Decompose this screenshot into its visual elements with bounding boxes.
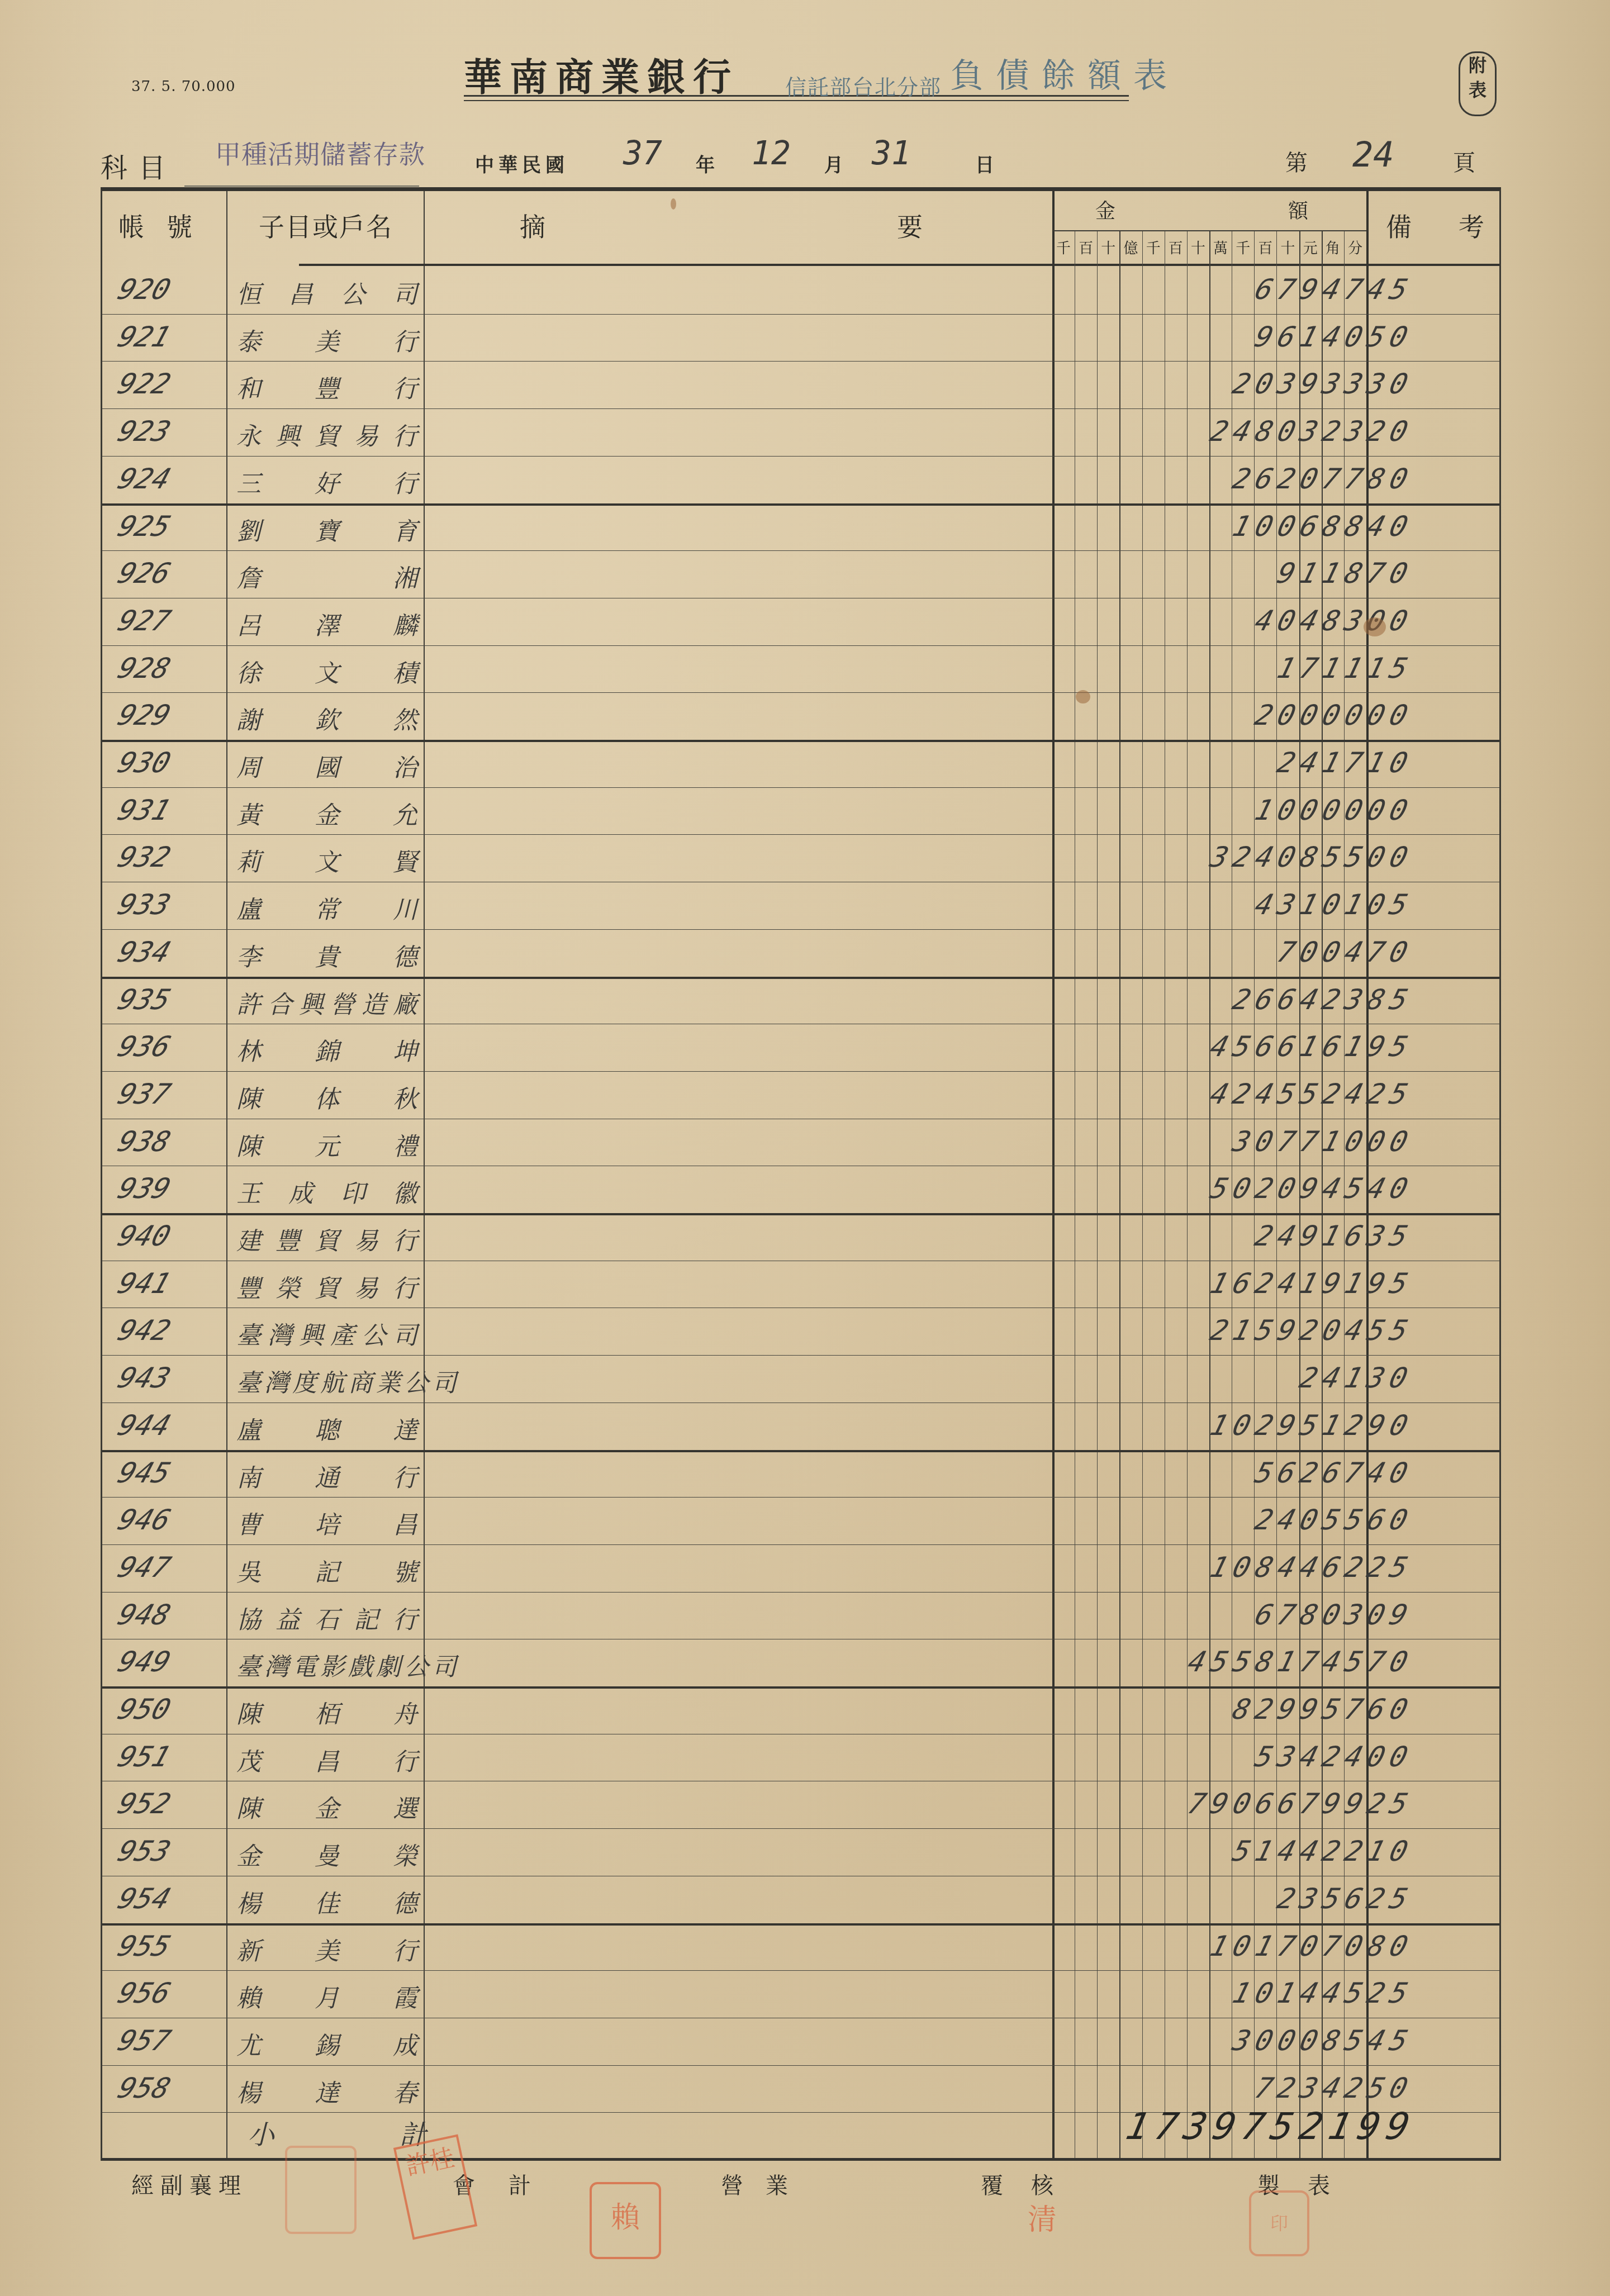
page-suffix: 頁 [1453,145,1475,177]
account-holder-name: 陳体秋 [236,1079,421,1115]
name-char: 司 [393,274,421,310]
date-day-unit: 日 [975,150,994,177]
name-char: 行 [393,1268,421,1304]
name-char: 楊 [236,2073,264,2109]
name-char: 榮 [393,1836,421,1872]
balance-amount: 26642385 [1229,983,1417,1016]
seal-manager [285,2146,357,2234]
name-char: 澤 [315,606,343,641]
row-line [102,1876,1499,1876]
name-char: 王 [236,1173,264,1209]
digit-header: 千 [1142,237,1165,258]
name-char: 公 [404,1647,432,1682]
row-line [102,1639,1499,1639]
balance-amount: 1000000 [1252,794,1417,826]
department-stamp: 信託部台北分部 [785,70,942,101]
balance-amount: 171115 [1274,652,1417,684]
balance-amount: 241710 [1274,747,1417,779]
name-char: 易 [354,1268,382,1304]
name-char: 行 [393,322,421,358]
balance-amount: 5626740 [1252,1457,1417,1489]
row-line [102,1497,1499,1498]
account-holder-name: 吳記號 [236,1552,421,1588]
row-line [102,456,1499,457]
account-number: 944 [114,1409,175,1442]
row-line [102,1403,1499,1403]
name-char: 行 [393,369,421,405]
name-char: 行 [393,1221,421,1257]
digit-header: 千 [1052,237,1075,258]
digit-header: 元 [1299,237,1322,258]
row-line [102,1119,1499,1119]
name-char: 造 [362,985,390,1020]
account-holder-name: 陳栢舟 [236,1694,421,1730]
name-char: 易 [354,416,382,452]
col-divider [1052,191,1055,2158]
name-char: 業 [376,1363,404,1399]
account-holder-name: 楊佳德 [236,1884,421,1919]
account-holder-name: 莉文賢 [236,842,421,878]
name-char: 司 [432,1647,460,1682]
account-holder-name: 謝欽然 [236,700,421,736]
balance-amount: 424552425 [1207,1078,1417,1110]
balance-amount: 4310105 [1252,888,1417,921]
header-summary-left: 摘 [516,207,549,244]
name-char: 行 [393,416,421,452]
account-number: 951 [114,1741,175,1773]
account-number: 920 [114,273,175,306]
page-number: 24 [1352,134,1394,175]
account-number: 953 [114,1835,175,1867]
balance-amount: 26207780 [1229,463,1417,495]
row-line [102,1213,1499,1215]
name-char: 佳 [315,1884,343,1919]
col-divider [226,191,227,2158]
name-char: 昌 [315,1742,343,1777]
balance-amount: 215920455 [1207,1314,1417,1347]
balance-amount: 700470 [1274,936,1417,968]
name-char: 許 [236,985,264,1020]
header-remarks-left: 備 [1382,207,1416,244]
name-char: 賴 [236,1978,264,2014]
account-holder-name: 茂昌行 [236,1742,421,1777]
name-char: 積 [393,653,421,689]
account-holder-name: 泰美行 [236,322,421,358]
name-char: 臺 [236,1363,264,1399]
name-char: 興 [276,416,303,452]
name-char: 錫 [315,2026,343,2061]
name-char: 金 [315,1789,343,1824]
balance-amount: 6794745 [1252,273,1417,306]
header-summary-right: 要 [893,207,927,244]
account-number: 950 [114,1693,175,1725]
row-line [102,929,1499,930]
header-amount-left: 金 [1091,196,1119,224]
name-char: 成 [288,1173,316,1209]
name-char: 合 [268,985,296,1020]
paper-stain [1076,690,1090,703]
name-char: 金 [236,1836,264,1872]
name-char: 美 [315,1931,343,1967]
subtotal-amount: 1739752199 [1122,2105,1420,2148]
account-holder-name: 新美行 [236,1931,421,1967]
seal-preparer: 印 [1249,2190,1309,2256]
row-line [102,1923,1499,1926]
balance-amount: 4558174570 [1184,1646,1417,1678]
name-char: 臺 [236,1315,264,1351]
digit-divider [1075,231,1075,2158]
name-char: 培 [315,1505,343,1541]
name-char: 霞 [393,1978,421,2014]
balance-amount: 248032320 [1207,415,1417,448]
name-char: 謝 [236,700,264,736]
digit-header: 百 [1254,237,1276,258]
name-char: 建 [236,1221,264,1257]
name-char: 廠 [393,985,421,1020]
account-number: 924 [114,463,175,495]
header-amount-right: 額 [1284,196,1312,224]
name-char: 盧 [236,1410,264,1446]
name-char: 行 [393,1742,421,1777]
balance-amount: 2000000 [1252,699,1417,731]
name-char: 楊 [236,1884,264,1919]
name-char: 國 [315,748,343,783]
account-holder-name: 賴月霞 [236,1978,421,2014]
name-char: 曼 [315,1836,343,1872]
name-char: 陳 [236,1789,264,1824]
row-line [102,1592,1499,1593]
balance-amount: 2491635 [1252,1220,1417,1252]
row-line [102,1970,1499,1971]
account-holder-name: 陳元禮 [236,1126,421,1162]
balance-amount: 456616195 [1207,1030,1417,1063]
ledger-table: 帳號 子目或戶名 摘 要 金 額 備 考 千百十億千百十萬千百十元角分 920恒… [101,187,1501,2161]
date-year-unit: 年 [696,150,715,177]
balance-amount: 6780309 [1252,1599,1417,1631]
account-number: 943 [114,1362,175,1394]
account-number: 942 [114,1314,175,1347]
account-holder-name: 三好行 [236,464,421,500]
row-line [102,1781,1499,1781]
name-char: 和 [236,369,264,405]
name-char: 豐 [236,1268,264,1304]
name-char: 興 [299,985,327,1020]
name-char: 產 [330,1315,358,1351]
name-char: 公 [341,274,369,310]
account-holder-name: 徐文積 [236,653,421,689]
balance-amount: 20393330 [1229,368,1417,400]
header-remarks-right: 考 [1455,207,1488,244]
name-char: 南 [236,1458,264,1494]
balance-amount: 9614050 [1252,321,1417,353]
name-char: 貿 [315,1221,343,1257]
name-char: 行 [393,1458,421,1494]
balance-amount: 51442210 [1229,1835,1417,1867]
row-line [102,503,1499,506]
digit-divider [1165,231,1165,2158]
name-char: 記 [354,1600,382,1636]
name-char: 坤 [393,1031,421,1067]
name-char: 度 [292,1363,320,1399]
account-holder-name: 李貴德 [236,937,421,973]
row-line [102,1686,1499,1689]
name-char: 陳 [236,1694,264,1730]
account-holder-name: 臺灣興產公司 [236,1315,421,1351]
name-char: 昌 [393,1505,421,1541]
row-line [102,550,1499,551]
account-holder-name: 協益石記行 [236,1600,421,1636]
name-char: 成 [393,2026,421,2061]
row-line [102,2018,1499,2018]
name-char: 公 [404,1363,432,1399]
account-holder-name: 南通行 [236,1458,421,1494]
account-number: 937 [114,1078,175,1110]
signature-business: 營業 [721,2168,810,2200]
account-number: 928 [114,652,175,684]
date-month-unit: 月 [824,150,843,177]
balance-amount: 101707080 [1207,1930,1417,1962]
digit-header: 萬 [1209,237,1232,258]
digit-header: 分 [1344,237,1366,258]
name-char: 陳 [236,1079,264,1115]
account-number: 922 [114,368,175,400]
row-line [102,2065,1499,2066]
name-char: 然 [393,700,421,736]
name-char: 尤 [236,2026,264,2061]
name-char: 公 [362,1315,390,1351]
balance-amount: 2405560 [1252,1504,1417,1536]
account-holder-name: 金曼榮 [236,1836,421,1872]
digit-header: 十 [1187,237,1209,258]
appendix-mark: 附表 [1459,51,1497,116]
row-line [102,1355,1499,1356]
row-line [102,834,1499,835]
subject-value: 甲種活期儲蓄存款 [215,134,425,171]
account-holder-name: 豐榮貿易行 [236,1268,421,1304]
name-char: 盧 [236,890,264,925]
name-char: 禮 [393,1126,421,1162]
balance-amount: 102951290 [1207,1409,1417,1442]
name-char: 協 [236,1600,264,1636]
row-line [102,1828,1499,1829]
account-holder-name: 盧聰達 [236,1410,421,1446]
name-char: 商 [348,1363,376,1399]
name-char: 育 [393,511,421,547]
account-holder-name: 林錦坤 [236,1031,421,1067]
account-holder-name: 盧常川 [236,890,421,925]
header-name: 子目或戶名 [228,207,424,244]
account-number: 952 [114,1788,175,1820]
name-char: 劉 [236,511,264,547]
form-number: 37. 5. 70.000 [131,78,236,95]
account-holder-name: 詹湘 [236,558,421,594]
name-char: 徽 [393,1173,421,1209]
subject-underline [184,186,419,187]
balance-amount: 911870 [1274,557,1417,590]
seal-review: 清 [1023,2196,1062,2252]
name-char: 石 [315,1600,343,1636]
account-number: 932 [114,841,175,873]
name-char: 栢 [315,1694,343,1730]
account-holder-name: 楊達春 [236,2073,421,2109]
header-bottom-line [299,264,1499,266]
name-char: 欽 [315,700,343,736]
digit-header: 百 [1075,237,1097,258]
account-holder-name: 陳金選 [236,1789,421,1824]
row-line [102,692,1499,693]
signature-manager: 經副襄理 [131,2168,248,2200]
name-char: 治 [393,748,421,783]
subject-label: 科目 [101,146,177,185]
name-char: 行 [393,464,421,500]
name-char: 舟 [393,1694,421,1730]
header-account-no: 帳號 [113,207,220,244]
name-char: 興 [299,1315,327,1351]
digit-header: 百 [1165,237,1187,258]
row-line [102,1544,1499,1545]
balance-amount: 10068840 [1229,510,1417,543]
name-char: 永 [236,416,264,452]
balance-amount: 162419195 [1207,1267,1417,1300]
name-char: 戲 [348,1647,376,1682]
name-char: 司 [393,1315,421,1351]
name-char: 麟 [393,606,421,641]
date-day: 31 [872,134,911,172]
name-char: 易 [354,1221,382,1257]
date-year: 37 [623,134,662,172]
name-char: 春 [393,2073,421,2109]
name-char: 豐 [276,1221,303,1257]
account-holder-name: 許合興營造廠 [236,985,421,1020]
balance-amount: 324085500 [1207,841,1417,873]
name-char: 達 [315,2073,343,2109]
date-era-label: 中華民國 [475,150,569,177]
balance-amount: 5342400 [1252,1741,1417,1773]
name-char: 允 [393,795,421,831]
balance-amount: 10144525 [1229,1977,1417,2009]
name-char: 美 [315,322,343,358]
account-number: 938 [114,1125,175,1158]
account-number: 925 [114,510,175,543]
name-char: 通 [315,1458,343,1494]
name-char: 記 [315,1552,343,1588]
digit-divider [1097,231,1098,2158]
account-number: 954 [114,1883,175,1915]
name-char: 貿 [315,416,343,452]
account-holder-name: 尤錫成 [236,2026,421,2061]
name-char: 灣 [264,1647,292,1682]
name-char: 吳 [236,1552,264,1588]
name-char: 周 [236,748,264,783]
account-number: 926 [114,557,175,590]
name-char: 聰 [315,1410,343,1446]
account-holder-name: 永興貿易行 [236,416,421,452]
account-holder-name: 王成印徽 [236,1173,421,1209]
account-holder-name: 曹培昌 [236,1505,421,1541]
name-char: 司 [432,1363,460,1399]
name-char: 徐 [236,653,264,689]
name-char: 月 [315,1978,343,2014]
row-line [102,1734,1499,1734]
paper-stain [1364,617,1386,636]
account-number: 921 [114,321,175,353]
account-number: 934 [114,936,175,968]
name-char: 金 [315,795,343,831]
balance-amount: 30771000 [1229,1125,1417,1158]
row-line [102,1166,1499,1166]
date-month: 12 [752,134,791,172]
name-char: 灣 [268,1315,296,1351]
row-line [102,1450,1499,1452]
account-number: 956 [114,1977,175,2009]
account-number: 958 [114,2072,175,2104]
account-number: 957 [114,2024,175,2057]
name-char: 陳 [236,1126,264,1162]
name-char: 湘 [393,558,421,594]
account-number: 933 [114,888,175,921]
account-number: 931 [114,794,175,826]
name-char: 賢 [393,842,421,878]
account-holder-name: 建豐貿易行 [236,1221,421,1257]
balance-amount: 7906679925 [1184,1788,1417,1820]
name-char: 選 [393,1789,421,1824]
row-line [102,1308,1499,1308]
row-line [102,1024,1499,1024]
name-char: 茂 [236,1742,264,1777]
row-line [102,361,1499,362]
account-holder-name: 黃金允 [236,795,421,831]
account-number: 955 [114,1930,175,1962]
page-prefix: 第 [1285,145,1308,177]
name-char: 貿 [315,1268,343,1304]
name-char: 航 [320,1363,348,1399]
row-line [102,314,1499,315]
name-char: 行 [393,1600,421,1636]
name-char: 三 [236,464,264,500]
name-char: 文 [315,653,343,689]
name-char: 影 [320,1647,348,1682]
name-char: 寶 [315,511,343,547]
name-char: 印 [341,1173,369,1209]
name-char: 德 [393,1884,421,1919]
digit-divider [1119,231,1120,2158]
name-char: 秋 [393,1079,421,1115]
subtotal-label-left: 小 [248,2113,274,2152]
account-holder-name: 臺灣度航商業公司 [236,1363,421,1399]
balance-amount: 4048300 [1252,605,1417,637]
form-title: 負債餘額表 [950,49,1179,97]
name-char: 新 [236,1931,264,1967]
name-char: 曹 [236,1505,264,1541]
digit-divider [1187,231,1188,2158]
account-number: 940 [114,1220,175,1252]
balance-amount: 24130 [1296,1362,1417,1394]
account-holder-name: 恒昌公司 [236,274,421,310]
digit-header: 十 [1276,237,1299,258]
balance-amount: 235625 [1274,1883,1417,1915]
seal-business: 賴 [590,2182,661,2259]
name-char: 灣 [264,1363,292,1399]
bank-name: 華南商業銀行 [464,47,739,102]
digit-header: 億 [1119,237,1142,258]
name-char: 貴 [315,937,343,973]
name-char: 莉 [236,842,264,878]
name-char: 行 [393,1931,421,1967]
account-number: 936 [114,1030,175,1063]
name-char: 昌 [288,274,316,310]
account-number: 945 [114,1457,175,1489]
name-char: 電 [292,1647,320,1682]
